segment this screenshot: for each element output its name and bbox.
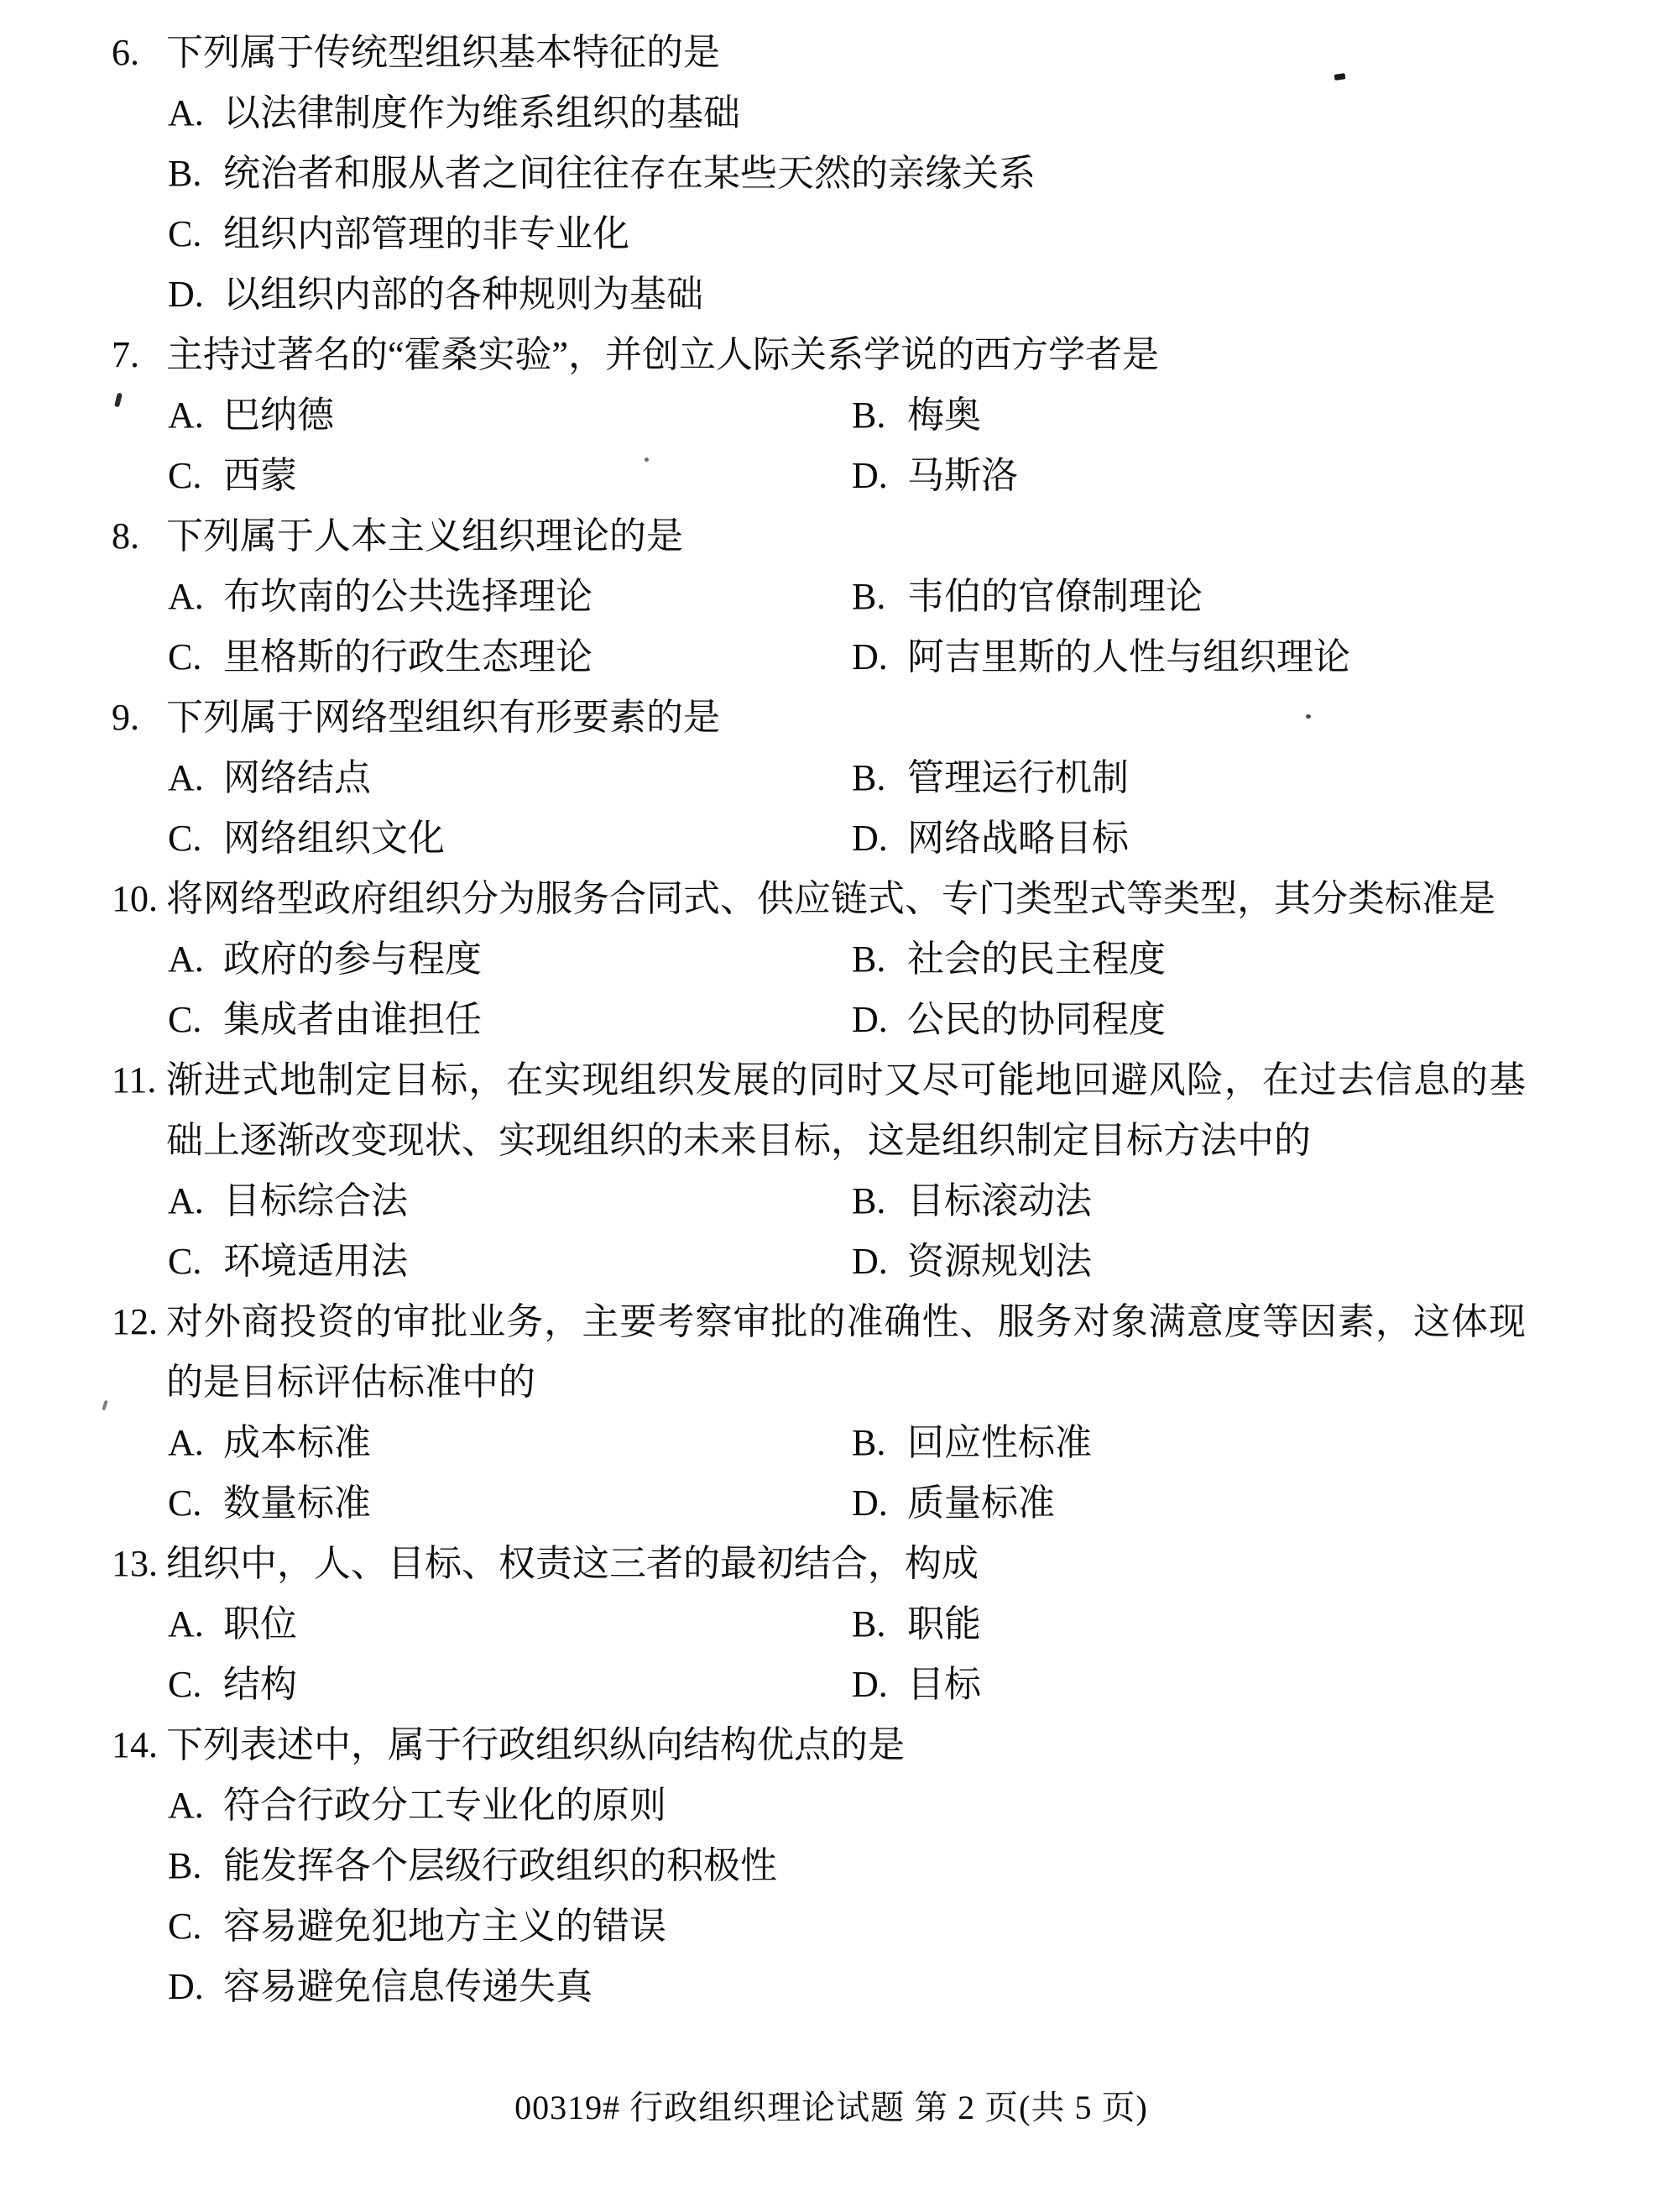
option-row: B. 职能 [852,1594,981,1655]
option-label: A. [168,1594,223,1655]
option-text: 社会的民主程度 [907,929,1166,990]
option-row: C. 容易避免犯地方主义的错误 [168,1896,1551,1957]
option-label: A. [168,1413,223,1473]
question-stem: 主持过著名的“霍桑实验”，并创立人际关系学说的西方学者是 [166,325,1159,385]
option-label: C. [168,204,223,264]
option-label: A. [168,385,223,446]
question-block-14: 14. 下列表述中，属于行政组织纵向结构优点的是 A. 符合行政分工专业化的原则… [112,1715,1551,2017]
option-row: C. 数量标准 [168,1473,852,1534]
option-row: C. 环境适用法 [168,1232,852,1292]
option-row: D. 容易避免信息传递失真 [168,1957,1551,2017]
option-label: D. [852,990,907,1050]
question-block-11: 11. 渐进式地制定目标，在实现组织发展的同时又尽可能地回避风险，在过去信息的基… [112,1050,1551,1292]
option-label: A. [168,83,223,144]
option-text: 环境适用法 [223,1232,408,1292]
question-block-8: 8. 下列属于人本主义组织理论的是 A. 布坎南的公共选择理论 B. 韦伯的官僚… [112,506,1551,688]
option-row: A. 成本标准 [168,1413,852,1473]
option-row: B. 回应性标准 [852,1413,1092,1473]
option-text: 结构 [223,1655,297,1715]
option-label: B. [852,385,907,446]
scan-artifact [1306,714,1311,719]
option-text: 以法律制度作为维系组织的基础 [223,83,740,144]
option-label: B. [852,1171,907,1232]
option-label: C. [168,808,223,869]
options-list: A. 网络结点 B. 管理运行机制 C. 网络组织文化 D. 网络战略目标 [168,748,1551,869]
question-number: 8. [112,506,166,567]
option-text: 资源规划法 [907,1232,1092,1292]
option-label: C. [168,1655,223,1715]
option-label: D. [852,627,907,688]
option-text: 网络战略目标 [907,808,1129,869]
question-block-6: 6. 下列属于传统型组织基本特征的是 A. 以法律制度作为维系组织的基础 B. … [112,23,1551,325]
option-row: A. 符合行政分工专业化的原则 [168,1775,1551,1836]
question-number: 10. [112,869,166,929]
question-stem: 下列属于人本主义组织理论的是 [166,506,683,567]
option-row: D. 资源规划法 [852,1232,1092,1292]
option-text: 回应性标准 [907,1413,1092,1473]
option-row: B. 目标滚动法 [852,1171,1092,1232]
option-label: C. [168,990,223,1050]
option-text: 里格斯的行政生态理论 [223,627,592,688]
question-number: 13. [112,1534,166,1594]
option-row: C. 网络组织文化 [168,808,852,869]
option-text: 网络结点 [223,748,371,808]
option-row: B. 统治者和服从者之间往往存在某些天然的亲缘关系 [168,144,1551,204]
option-label: A. [168,1171,223,1232]
option-row: A. 网络结点 [168,748,852,808]
question-stem: 组织中，人、目标、权责这三者的最初结合，构成 [166,1534,979,1594]
option-label: B. [852,1594,907,1655]
option-text: 巴纳德 [223,385,334,446]
option-text: 容易避免犯地方主义的错误 [223,1896,666,1957]
options-list: A. 以法律制度作为维系组织的基础 B. 统治者和服从者之间往往存在某些天然的亲… [168,83,1551,325]
option-row: B. 韦伯的官僚制理论 [852,567,1203,627]
option-label: A. [168,929,223,990]
option-label: D. [168,264,223,325]
option-label: D. [852,446,907,506]
option-text: 职能 [907,1594,981,1655]
option-text: 网络组织文化 [223,808,445,869]
question-block-7: 7. 主持过著名的“霍桑实验”，并创立人际关系学说的西方学者是 A. 巴纳德 B… [112,325,1551,506]
question-stem: 渐进式地制定目标，在实现组织发展的同时又尽可能地回避风险，在过去信息的基础上逐渐… [166,1050,1526,1171]
option-label: C. [168,1473,223,1534]
option-text: 梅奥 [907,385,981,446]
option-label: C. [168,446,223,506]
question-number: 7. [112,325,166,385]
page-footer: 00319# 行政组织理论试题 第 2 页(共 5 页) [112,2078,1551,2138]
option-text: 目标综合法 [223,1171,408,1232]
option-row: D. 质量标准 [852,1473,1055,1534]
option-label: B. [852,929,907,990]
option-text: 质量标准 [907,1473,1055,1534]
option-row: C. 里格斯的行政生态理论 [168,627,852,688]
options-list: A. 成本标准 B. 回应性标准 C. 数量标准 D. 质量标准 [168,1413,1551,1534]
option-text: 目标 [907,1655,981,1715]
option-row: C. 组织内部管理的非专业化 [168,204,1551,264]
option-row: A. 布坎南的公共选择理论 [168,567,852,627]
option-label: A. [168,1775,223,1836]
option-row: D. 马斯洛 [852,446,1018,506]
option-label: D. [852,1232,907,1292]
option-text: 阿吉里斯的人性与组织理论 [907,627,1350,688]
exam-page: 6. 下列属于传统型组织基本特征的是 A. 以法律制度作为维系组织的基础 B. … [0,0,1660,2212]
question-number: 14. [112,1715,166,1775]
question-block-12: 12. 对外商投资的审批业务，主要考察审批的准确性、服务对象满意度等因素，这体现… [112,1292,1551,1534]
option-row: D. 目标 [852,1655,981,1715]
option-text: 集成者由谁担任 [223,990,482,1050]
option-row: D. 公民的协同程度 [852,990,1166,1050]
option-text: 政府的参与程度 [223,929,482,990]
option-label: B. [852,567,907,627]
options-list: A. 布坎南的公共选择理论 B. 韦伯的官僚制理论 C. 里格斯的行政生态理论 … [168,567,1551,688]
option-row: A. 以法律制度作为维系组织的基础 [168,83,1551,144]
option-row: C. 集成者由谁担任 [168,990,852,1050]
option-label: D. [852,1473,907,1534]
option-row: B. 社会的民主程度 [852,929,1166,990]
options-list: A. 巴纳德 B. 梅奥 C. 西蒙 D. 马斯洛 [168,385,1551,506]
option-label: B. [852,748,907,808]
option-row: B. 管理运行机制 [852,748,1129,808]
scan-artifact [645,458,649,462]
option-text: 马斯洛 [907,446,1018,506]
question-stem: 下列属于传统型组织基本特征的是 [166,23,720,83]
question-stem: 对外商投资的审批业务，主要考察审批的准确性、服务对象满意度等因素，这体现的是目标… [166,1292,1526,1413]
option-row: A. 政府的参与程度 [168,929,852,990]
option-row: B. 能发挥各个层级行政组织的积极性 [168,1836,1551,1896]
option-label: D. [852,1655,907,1715]
option-label: C. [168,627,223,688]
option-label: C. [168,1232,223,1292]
options-list: A. 符合行政分工专业化的原则 B. 能发挥各个层级行政组织的积极性 C. 容易… [168,1775,1551,2017]
option-row: A. 目标综合法 [168,1171,852,1232]
option-label: A. [168,567,223,627]
question-block-9: 9. 下列属于网络型组织有形要素的是 A. 网络结点 B. 管理运行机制 C. … [112,688,1551,869]
option-row: A. 职位 [168,1594,852,1655]
question-number: 6. [112,23,166,83]
option-label: D. [852,808,907,869]
option-label: A. [168,748,223,808]
option-text: 数量标准 [223,1473,371,1534]
question-stem: 下列表述中，属于行政组织纵向结构优点的是 [166,1715,905,1775]
option-row: C. 结构 [168,1655,852,1715]
option-text: 容易避免信息传递失真 [223,1957,592,2017]
option-text: 管理运行机制 [907,748,1129,808]
question-number: 11. [112,1050,166,1171]
question-stem: 将网络型政府组织分为服务合同式、供应链式、专门类型式等类型，其分类标准是 [166,869,1496,929]
option-text: 以组织内部的各种规则为基础 [223,264,703,325]
option-text: 西蒙 [223,446,297,506]
option-label: D. [168,1957,223,2017]
option-text: 符合行政分工专业化的原则 [223,1775,666,1836]
option-row: D. 以组织内部的各种规则为基础 [168,264,1551,325]
option-text: 统治者和服从者之间往往存在某些天然的亲缘关系 [223,144,1036,204]
option-label: C. [168,1896,223,1957]
question-number: 12. [112,1292,166,1413]
option-text: 组织内部管理的非专业化 [223,204,629,264]
option-text: 目标滚动法 [907,1171,1092,1232]
question-block-10: 10. 将网络型政府组织分为服务合同式、供应链式、专门类型式等类型，其分类标准是… [112,869,1551,1050]
options-list: A. 职位 B. 职能 C. 结构 D. 目标 [168,1594,1551,1715]
question-stem: 下列属于网络型组织有形要素的是 [166,688,720,748]
option-label: B. [168,144,223,204]
scan-artifact [102,1400,108,1411]
option-row: B. 梅奥 [852,385,981,446]
option-label: B. [852,1413,907,1473]
question-block-13: 13. 组织中，人、目标、权责这三者的最初结合，构成 A. 职位 B. 职能 C… [112,1534,1551,1715]
option-text: 职位 [223,1594,297,1655]
options-list: A. 政府的参与程度 B. 社会的民主程度 C. 集成者由谁担任 D. 公民的协… [168,929,1551,1050]
option-row: A. 巴纳德 [168,385,852,446]
question-number: 9. [112,688,166,748]
options-list: A. 目标综合法 B. 目标滚动法 C. 环境适用法 D. 资源规划法 [168,1171,1551,1292]
option-text: 韦伯的官僚制理论 [907,567,1203,627]
option-text: 公民的协同程度 [907,990,1166,1050]
option-row: C. 西蒙 [168,446,852,506]
option-row: D. 阿吉里斯的人性与组织理论 [852,627,1350,688]
option-text: 能发挥各个层级行政组织的积极性 [223,1836,777,1896]
option-text: 布坎南的公共选择理论 [223,567,592,627]
option-label: B. [168,1836,223,1896]
option-row: D. 网络战略目标 [852,808,1129,869]
option-text: 成本标准 [223,1413,371,1473]
